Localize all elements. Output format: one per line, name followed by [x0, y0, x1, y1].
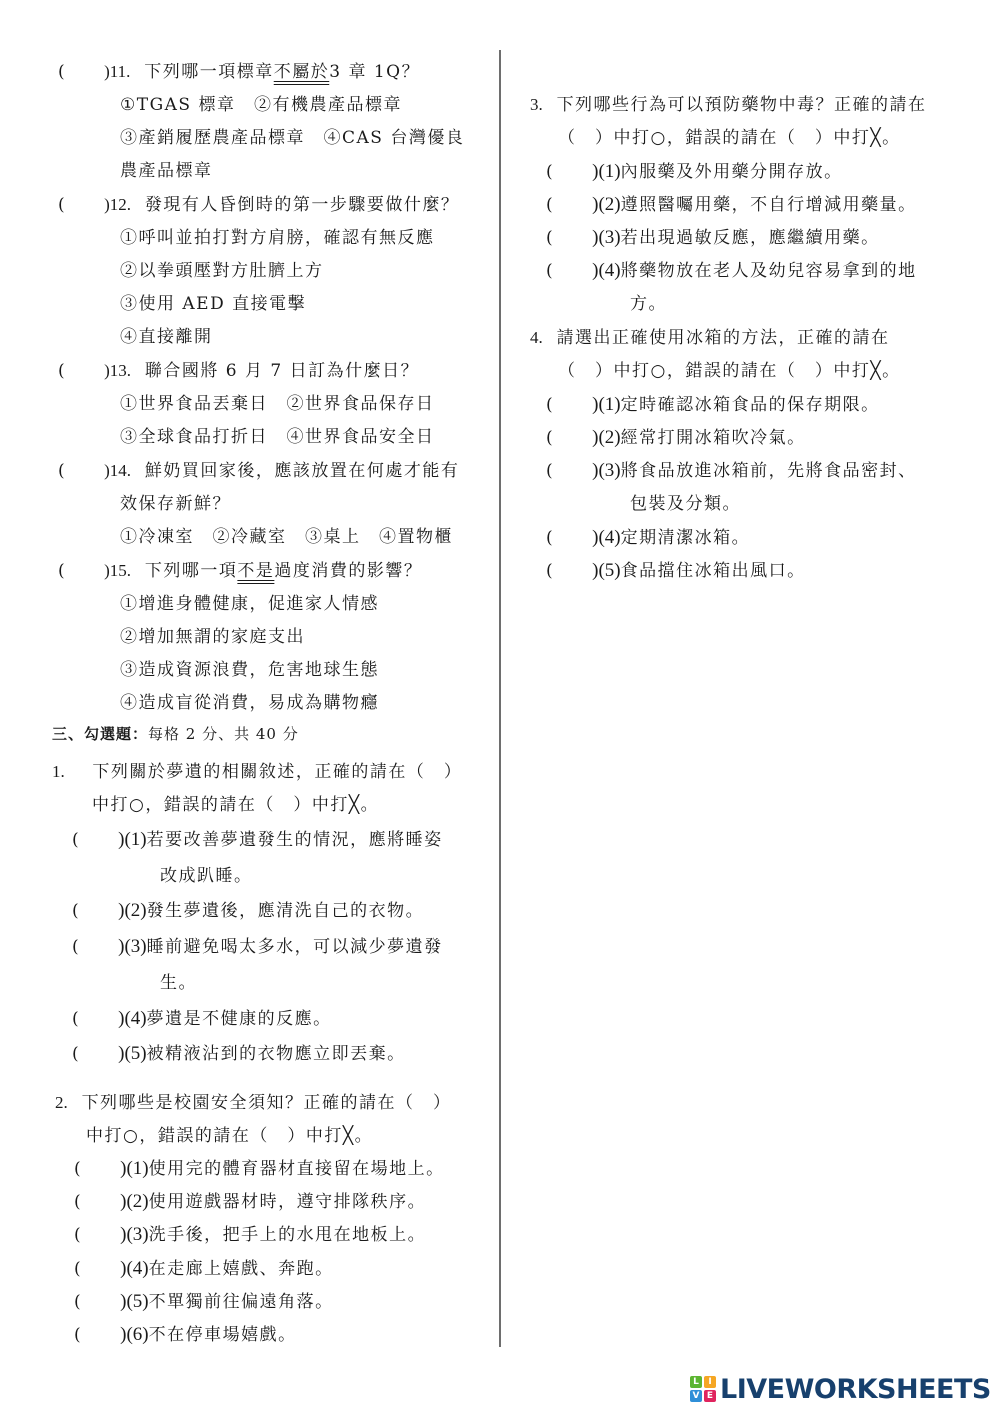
- answer-input-q11[interactable]: [66, 63, 104, 83]
- tf-item: ()(3)洗手後，把手上的水甩在地板上。: [74, 1224, 426, 1246]
- q11-options-line: ③產銷履歷農產品標章 ④CAS 台灣優良: [120, 127, 464, 149]
- q14-continuation: 效保存新鮮？: [120, 493, 231, 515]
- emphasis-text: 不是: [237, 561, 274, 581]
- mc-question-13: ()13. 聯合國將 6 月 7 日訂為什麼日？: [58, 360, 419, 382]
- answer-input-q13[interactable]: [66, 362, 104, 382]
- answer-input-q2-5[interactable]: [82, 1293, 120, 1313]
- tf-question-2-prompt: 2. 下列哪些是校園安全須知？正確的請在（ ）: [55, 1092, 452, 1114]
- tf-question-3-prompt-line2: （ ）中打○，錯誤的請在（ ）中打╳。: [558, 127, 901, 149]
- mc-question-15: ()15. 下列哪一項不是過度消費的影響？: [58, 560, 422, 582]
- answer-input-q2-1[interactable]: [82, 1160, 120, 1180]
- q15-option: ①增進身體健康，促進家人情感: [120, 593, 379, 615]
- emphasis-text: 不屬於: [274, 62, 330, 82]
- tf-item: ()(2)遵照醫囑用藥，不自行增減用藥量。: [546, 194, 917, 216]
- mc-question-14: ()14. 鮮奶買回家後，應該放置在何處才能有: [58, 460, 459, 482]
- tf-item: ()(3)睡前避免喝太多水，可以減少夢遺發: [72, 936, 443, 958]
- q15-option: ④造成盲從消費，易成為購物癮: [120, 692, 379, 714]
- answer-input-q12[interactable]: [66, 196, 104, 216]
- tf-item: ()(4)定期清潔冰箱。: [546, 527, 750, 549]
- tf-item: ()(3)若出現過敏反應，應繼續用藥。: [546, 227, 880, 249]
- answer-input-q1-4[interactable]: [80, 1010, 118, 1030]
- answer-input-q4-1[interactable]: [554, 396, 592, 416]
- answer-input-q2-2[interactable]: [82, 1193, 120, 1213]
- tf-item: ()(3)將食品放進冰箱前，先將食品密封、: [546, 460, 917, 482]
- q12-option: ④直接離開: [120, 326, 213, 348]
- q14-options-line: ①冷凍室 ②冷藏室 ③桌上 ④置物櫃: [120, 526, 453, 548]
- tf-question-4-prompt-line2: （ ）中打○，錯誤的請在（ ）中打╳。: [558, 360, 901, 382]
- tf-item: ()(5)食品擋住冰箱出風口。: [546, 560, 806, 582]
- answer-input-q1-3[interactable]: [80, 938, 118, 958]
- tf-item: ()(4)在走廊上嬉戲、奔跑。: [74, 1258, 334, 1280]
- tf-item-continuation: 改成趴睡。: [160, 865, 253, 887]
- tf-item: ()(5)被精液沾到的衣物應立即丟棄。: [72, 1043, 406, 1065]
- tf-item: ()(2)經常打開冰箱吹冷氣。: [546, 427, 806, 449]
- q12-option: ③使用 AED 直接電擊: [120, 293, 306, 315]
- q15-option: ③造成資源浪費，危害地球生態: [120, 659, 379, 681]
- tf-item: ()(2)發生夢遺後，應清洗自己的衣物。: [72, 900, 424, 922]
- column-divider: [499, 50, 501, 1347]
- tf-item: ()(2)使用遊戲器材時，遵守排隊秩序。: [74, 1191, 426, 1213]
- q13-options-line: ①世界食品丟棄日 ②世界食品保存日: [120, 393, 435, 415]
- answer-input-q4-4[interactable]: [554, 529, 592, 549]
- tf-question-2-prompt-line2: 中打○，錯誤的請在（ ）中打╳。: [86, 1125, 373, 1147]
- answer-input-q14[interactable]: [66, 462, 104, 482]
- answer-input-q3-3[interactable]: [554, 229, 592, 249]
- answer-input-q3-4[interactable]: [554, 262, 592, 282]
- q11-options-line: ①TGAS 標章 ②有機農產品標章: [120, 94, 402, 116]
- mc-question-12: ()12. 發現有人昏倒時的第一步驟要做什麼？: [58, 194, 459, 216]
- tf-item: ()(6)不在停車場嬉戲。: [74, 1324, 297, 1346]
- answer-input-q1-2[interactable]: [80, 902, 118, 922]
- answer-input-q4-3[interactable]: [554, 462, 592, 482]
- tf-item-continuation: 生。: [160, 972, 197, 994]
- tf-question-3-prompt: 3. 下列哪些行為可以預防藥物中毒？正確的請在: [530, 94, 927, 116]
- tf-item: ()(1)定時確認冰箱食品的保存期限。: [546, 394, 880, 416]
- answer-input-q3-2[interactable]: [554, 196, 592, 216]
- tf-question-4-prompt: 4. 請選出正確使用冰箱的方法，正確的請在: [530, 327, 890, 349]
- q11-options-line: 農產品標章: [120, 160, 213, 182]
- tf-item: ()(5)不單獨前往偏遠角落。: [74, 1291, 334, 1313]
- section-heading: 三、勾選題：每格 2 分、共 40 分: [52, 723, 299, 745]
- answer-input-q15[interactable]: [66, 562, 104, 582]
- worksheet-page: ()11. 下列哪一項標章不屬於3 章 1Q？ ①TGAS 標章 ②有機農產品標…: [0, 0, 1000, 1413]
- liveworksheets-logo: L I V E LIVEWORKSHEETS: [690, 1374, 991, 1404]
- tf-item-continuation: 方。: [630, 293, 667, 315]
- answer-input-q2-3[interactable]: [82, 1226, 120, 1246]
- tf-item: ()(4)夢遺是不健康的反應。: [72, 1008, 332, 1030]
- live-logo-icon: L I V E: [690, 1376, 716, 1402]
- tf-question-1-prompt-line2: 中打○，錯誤的請在（ ）中打╳。: [92, 794, 379, 816]
- answer-input-q3-1[interactable]: [554, 163, 592, 183]
- tf-item-continuation: 包裝及分類。: [630, 493, 741, 515]
- tf-question-1-prompt: 1. 下列關於夢遺的相關敘述，正確的請在（ ）: [52, 761, 462, 783]
- tf-item: ()(1)若要改善夢遺發生的情況，應將睡姿: [72, 829, 443, 851]
- answer-input-q2-6[interactable]: [82, 1326, 120, 1346]
- tf-item: ()(4)將藥物放在老人及幼兒容易拿到的地: [546, 260, 917, 282]
- tf-item: ()(1)內服藥及外用藥分開存放。: [546, 161, 843, 183]
- mc-question-11: ()11. 下列哪一項標章不屬於3 章 1Q？: [58, 61, 420, 83]
- q15-option: ②增加無謂的家庭支出: [120, 626, 305, 648]
- answer-input-q4-5[interactable]: [554, 562, 592, 582]
- answer-input-q1-5[interactable]: [80, 1045, 118, 1065]
- answer-input-q2-4[interactable]: [82, 1260, 120, 1280]
- logo-wordmark: LIVEWORKSHEETS: [720, 1374, 991, 1405]
- q13-options-line: ③全球食品打折日 ④世界食品安全日: [120, 426, 435, 448]
- answer-input-q1-1[interactable]: [80, 831, 118, 851]
- q12-option: ②以拳頭壓對方肚臍上方: [120, 260, 324, 282]
- answer-input-q4-2[interactable]: [554, 429, 592, 449]
- q12-option: ①呼叫並拍打對方肩膀，確認有無反應: [120, 227, 435, 249]
- tf-item: ()(1)使用完的體育器材直接留在場地上。: [74, 1158, 445, 1180]
